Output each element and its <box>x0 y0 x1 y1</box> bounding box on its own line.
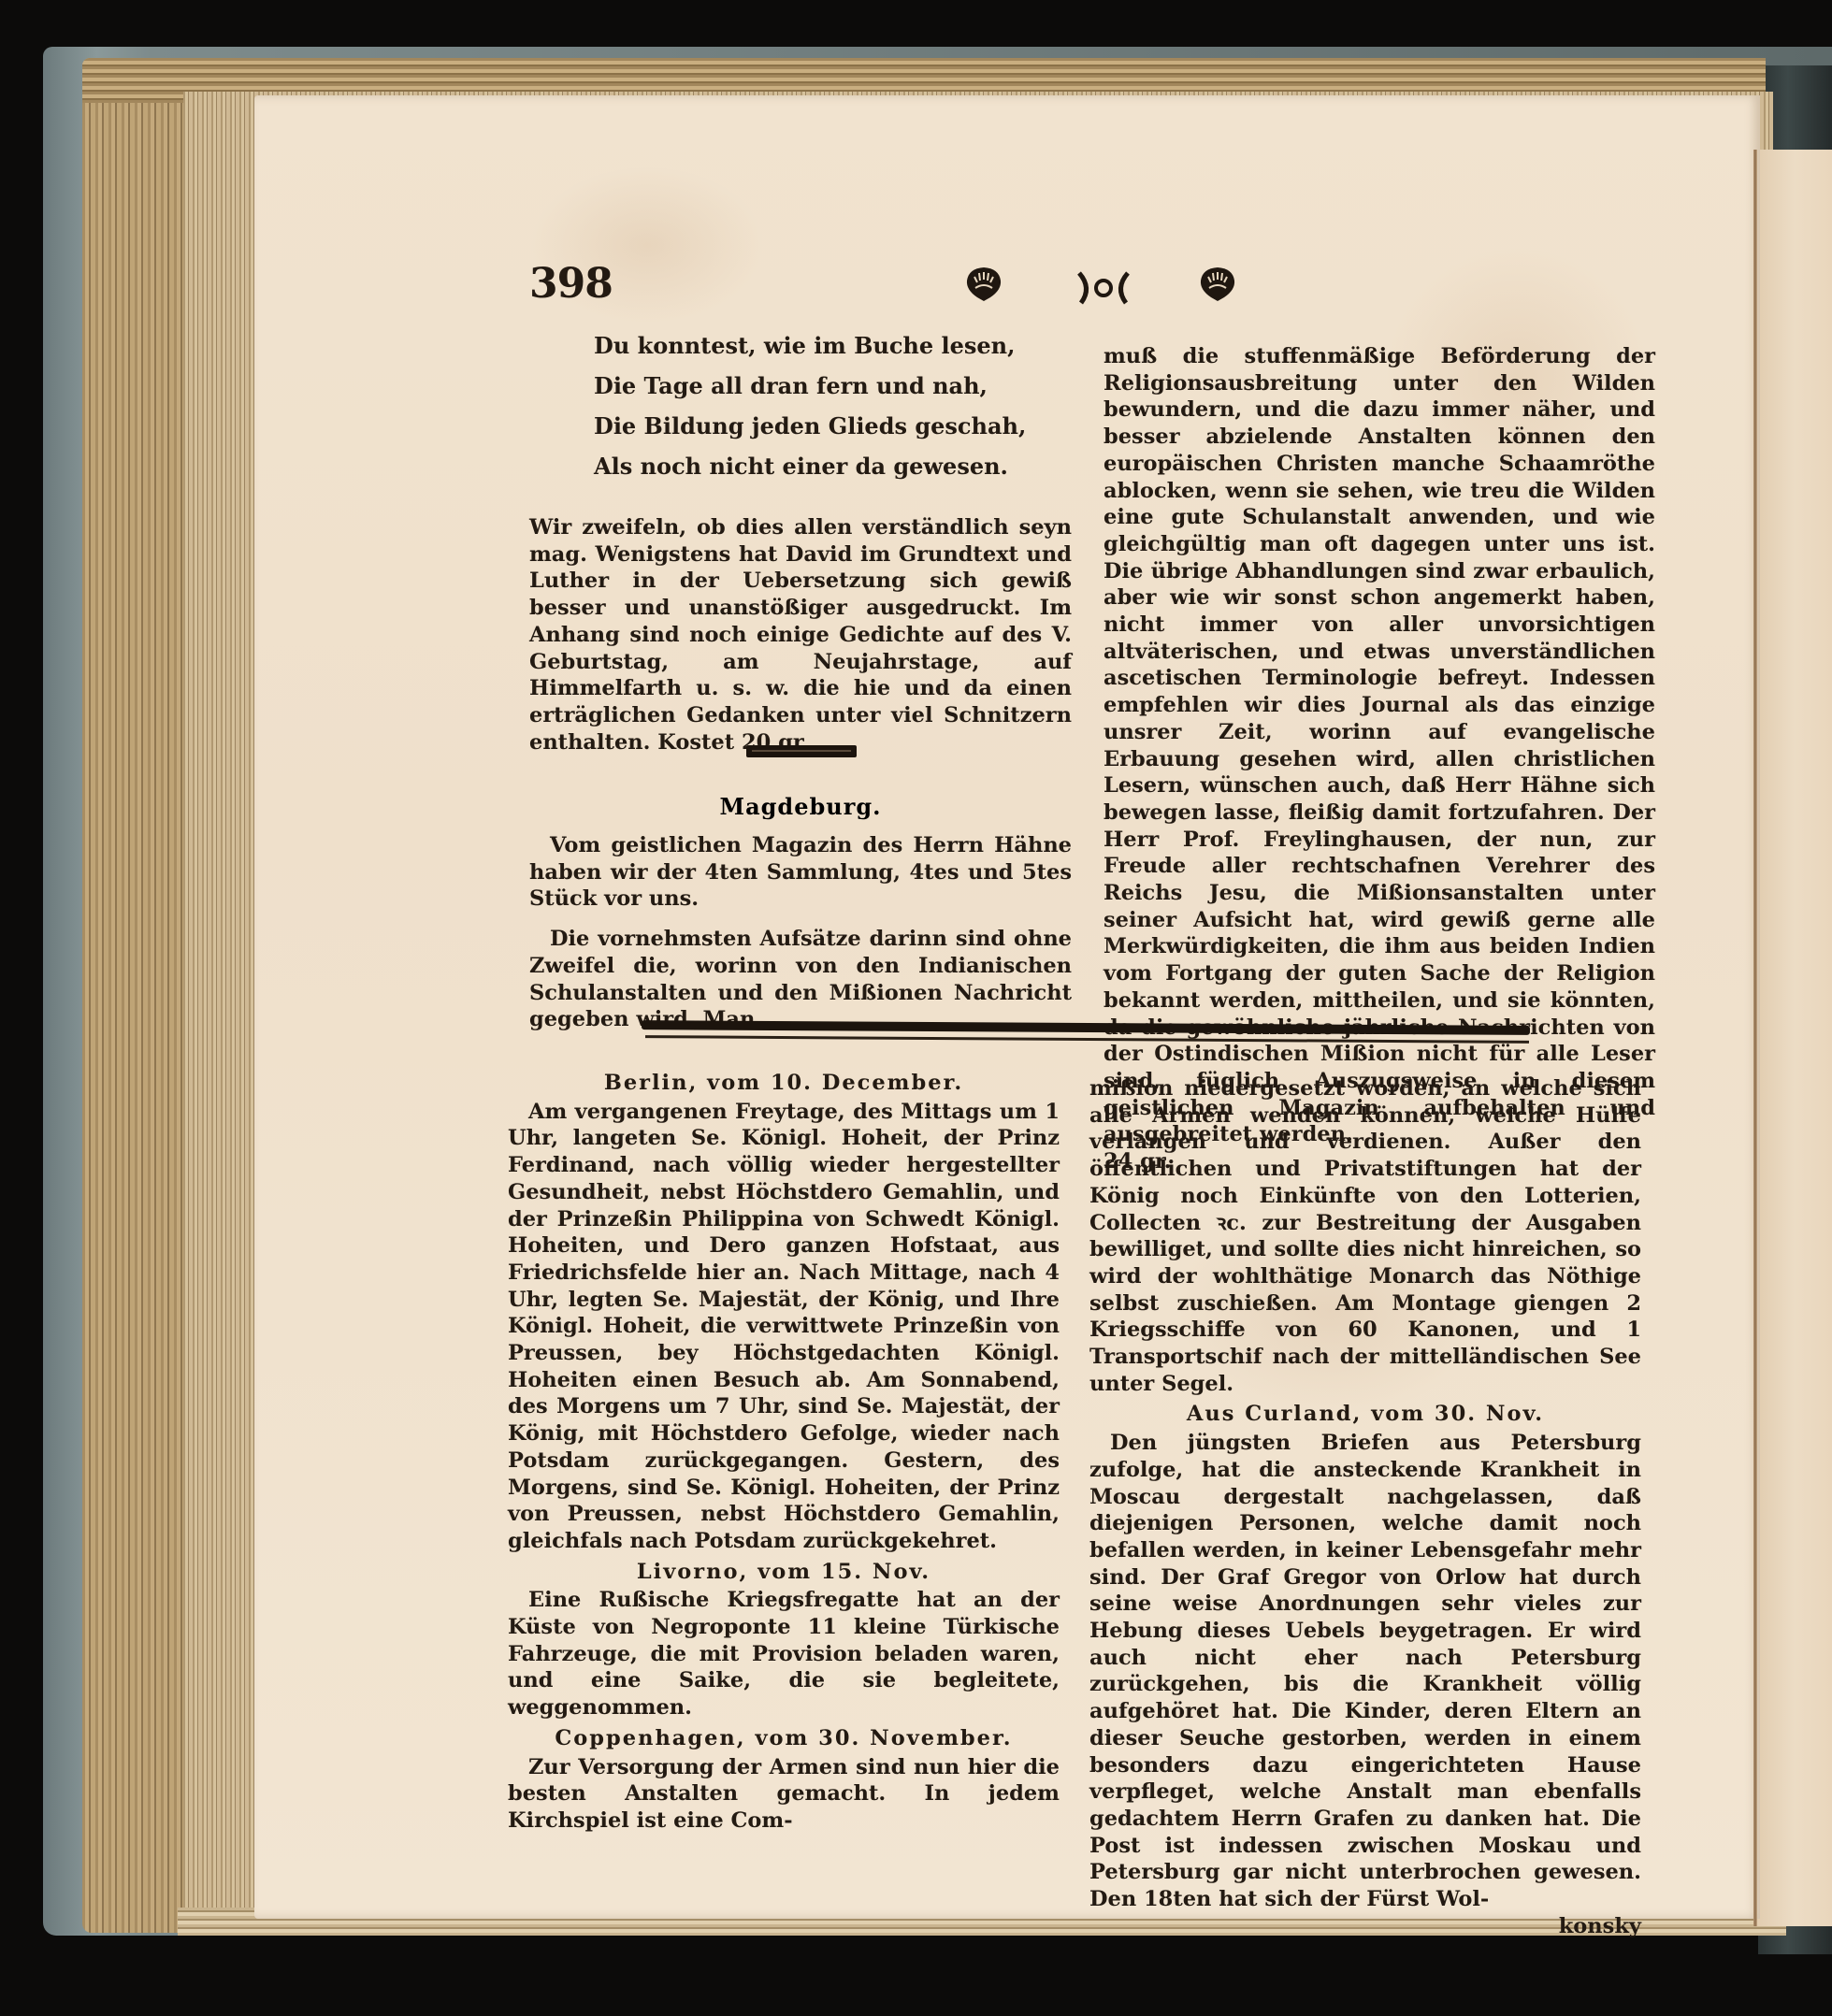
section-heading-magdeburg: Magdeburg. <box>529 793 1072 820</box>
poem-line: Du konntest, wie im Buche lesen, <box>594 325 1118 366</box>
page-gutter <box>1753 150 1757 1926</box>
poem-stanza: Du konntest, wie im Buche lesen, Die Tag… <box>594 325 1118 486</box>
shell-ornament-icon <box>963 264 1004 305</box>
news-heading-coppenhagen: Coppenhagen, vom 30. November. <box>508 1725 1060 1752</box>
news-text-coppenhagen-continued: mißion niedergesetzt worden, an welche s… <box>1089 1075 1641 1397</box>
header-ornaments <box>963 264 1262 320</box>
review-paragraph: Wir zweifeln, ob dies allen verständlich… <box>529 514 1072 756</box>
news-column-right: mißion niedergesetzt worden, an welche s… <box>1089 1075 1641 1940</box>
news-column-left: Berlin, vom 10. December. Am vergangenen… <box>508 1066 1060 1835</box>
news-heading-curland: Aus Curland, vom 30. Nov. <box>1089 1401 1641 1428</box>
fleuron-ornament-icon <box>1075 269 1132 307</box>
page-number: 398 <box>529 260 613 308</box>
shell-ornament-icon <box>1197 264 1238 305</box>
facing-page-edge <box>1757 150 1832 1926</box>
news-text-berlin: Am vergangenen Freytage, des Mittags um … <box>508 1099 1060 1555</box>
magdeburg-article: Vom geistlichen Magazin des Herrn Hähne … <box>529 832 1072 1033</box>
poem-line: Die Bildung jeden Glieds geschah, <box>594 406 1118 446</box>
poem-line: Die Tage all dran fern und nah, <box>594 366 1118 406</box>
news-text-curland: Den jüngsten Briefen aus Petersburg zufo… <box>1089 1430 1641 1913</box>
magdeburg-paragraph-2: Die vornehmsten Aufsätze darinn sind ohn… <box>529 926 1072 1033</box>
magdeburg-paragraph-1: Vom geistlichen Magazin des Herrn Hähne … <box>529 832 1072 913</box>
poem-line: Als noch nicht einer da gewesen. <box>594 446 1118 486</box>
news-heading-livorno: Livorno, vom 15. Nov. <box>508 1559 1060 1586</box>
catchword: konsky <box>1089 1913 1641 1940</box>
section-divider-short <box>746 745 857 757</box>
magdeburg-article-continued: muß die stuffenmäßige Beförderung der Re… <box>1104 343 1655 1175</box>
news-text-coppenhagen: Zur Versorgung der Armen sind nun hier d… <box>508 1754 1060 1835</box>
review-text: Wir zweifeln, ob dies allen verständlich… <box>529 514 1072 756</box>
news-heading-berlin: Berlin, vom 10. December. <box>508 1070 1060 1097</box>
news-text-livorno: Eine Rußische Kriegsfregatte hat an der … <box>508 1587 1060 1721</box>
